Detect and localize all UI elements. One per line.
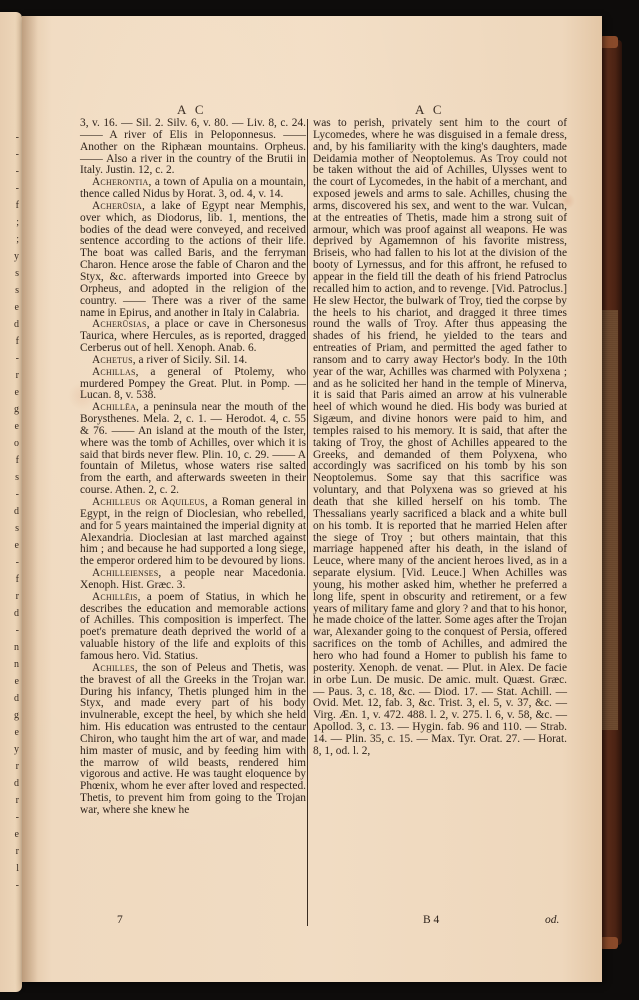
entry-headword: Achillēis: [92, 591, 138, 603]
previous-page-text-fragment: -: [16, 132, 19, 144]
dictionary-entry: Acherūsias, a place or cave in Chersones…: [80, 319, 306, 355]
catchword: od.: [545, 914, 559, 926]
previous-page-text-fragment: r: [16, 795, 19, 807]
previous-page-text-fragment: n: [14, 642, 19, 654]
previous-page-text-fragment: e: [15, 302, 19, 314]
dictionary-entry: Achilleus or Aquileus, a Roman general i…: [80, 497, 306, 568]
entry-headword: Achilles: [92, 662, 135, 674]
previous-page-text-fragment: -: [16, 880, 19, 892]
previous-page-text-fragment: s: [15, 472, 19, 484]
entry-text: was to perish, privately sent him to the…: [313, 117, 567, 757]
previous-page-text-fragment: d: [14, 319, 19, 331]
previous-page-text-fragment: y: [14, 251, 19, 263]
previous-page-text-fragment: e: [15, 540, 19, 552]
previous-page-text-fragment: ;: [16, 217, 19, 229]
cover-corner-bottom: [600, 937, 618, 949]
entry-headword: Achillēa: [92, 401, 136, 413]
entry-headword: Acherūsia: [92, 200, 142, 212]
previous-page-text-fragment: -: [16, 625, 19, 637]
previous-page-text-fragment: -: [16, 183, 19, 195]
cover-cloth: [602, 310, 618, 730]
previous-page-text-fragment: r: [16, 370, 19, 382]
entry-text: , a lake of Egypt near Memphis, over whi…: [80, 200, 306, 319]
previous-page-text-fragment: d: [14, 778, 19, 790]
running-head-right: A C: [415, 102, 445, 118]
left-column: 3, v. 16. — Sil. 2. Silv. 6, v. 80. — Li…: [80, 118, 306, 817]
dictionary-entry: Acherontia, a town of Apulia on a mounta…: [80, 177, 306, 201]
previous-page-text-fragment: d: [14, 506, 19, 518]
previous-page-text-fragment: r: [16, 591, 19, 603]
previous-page-text-fragment: d: [14, 693, 19, 705]
previous-page-text-fragment: l: [16, 863, 19, 875]
entry-text: 3, v. 16. — Sil. 2. Silv. 6, v. 80. — Li…: [80, 117, 306, 176]
previous-page-text-fragment: r: [16, 846, 19, 858]
entry-text: , a river of Sicily. Sil. 14.: [133, 354, 247, 366]
book-cover-spine: [600, 40, 622, 945]
entry-text: , a peninsula near the mouth of the Bory…: [80, 401, 306, 496]
previous-page-text-fragment: f: [16, 336, 19, 348]
entry-headword: Acherūsias: [92, 318, 147, 330]
previous-page-text-fragment: f: [16, 200, 19, 212]
entry-headword: Achilleienses: [92, 567, 158, 579]
entry-continuation: was to perish, privately sent him to the…: [313, 118, 567, 758]
entry-text: , the son of Peleus and Thetis, was the …: [80, 662, 306, 816]
previous-page-text-fragment: -: [16, 166, 19, 178]
previous-page-text-fragment: -: [16, 353, 19, 365]
entry-continuation: 3, v. 16. — Sil. 2. Silv. 6, v. 80. — Li…: [80, 118, 306, 177]
previous-page-text-fragment: f: [16, 574, 19, 586]
previous-page-text-fragment: ;: [16, 234, 19, 246]
previous-page-text-fragment: s: [15, 285, 19, 297]
dictionary-entry: Acherūsia, a lake of Egypt near Memphis,…: [80, 201, 306, 319]
previous-page-text-fragment: -: [16, 489, 19, 501]
previous-page-text-fragment: y: [14, 744, 19, 756]
previous-page-text-fragment: e: [15, 829, 19, 841]
previous-page-text-fragment: e: [15, 727, 19, 739]
entry-headword: Achilleus or Aquileus: [92, 496, 205, 508]
book-photo: ----f;;yssedf-regeofs-dse-frd-nnedgeyrdr…: [0, 0, 639, 1000]
cover-corner-top: [600, 36, 618, 48]
previous-page-text-fragment: -: [16, 812, 19, 824]
previous-page-text-fragment: g: [14, 710, 19, 722]
previous-page-text-fragment: n: [14, 659, 19, 671]
previous-page-text-fragment: -: [16, 149, 19, 161]
dictionary-entry: Achillēa, a peninsula near the mouth of …: [80, 402, 306, 497]
dictionary-entry: Achilleienses, a people near Macedonia. …: [80, 568, 306, 592]
signature-mark: B 4: [423, 914, 439, 926]
previous-page-text-fragment: e: [15, 421, 19, 433]
page-number: 7: [117, 914, 123, 926]
column-rule: [307, 119, 308, 926]
gutter-shadow: [22, 16, 38, 982]
dictionary-entry: Achillēis, a poem of Statius, in which h…: [80, 592, 306, 663]
previous-page-text-fragment: s: [15, 523, 19, 535]
previous-page-text-fragment: s: [15, 268, 19, 280]
previous-page-text-fragment: r: [16, 761, 19, 773]
dictionary-entry: Achilles, the son of Peleus and Thetis, …: [80, 663, 306, 817]
previous-page-text-fragment: d: [14, 608, 19, 620]
right-column: was to perish, privately sent him to the…: [313, 118, 567, 758]
entry-headword: Achillas: [92, 366, 136, 378]
previous-page-text-fragment: e: [15, 676, 19, 688]
previous-page-text-fragment: o: [14, 438, 19, 450]
running-head-left: A C: [177, 102, 207, 118]
previous-page-text-fragment: g: [14, 404, 19, 416]
previous-page-text-fragment: e: [15, 387, 19, 399]
previous-page-edge: ----f;;yssedf-regeofs-dse-frd-nnedgeyrdr…: [0, 12, 22, 992]
book-page: A C A C 3, v. 16. — Sil. 2. Silv. 6, v. …: [22, 16, 602, 982]
previous-page-text-fragment: -: [16, 557, 19, 569]
entry-headword: Acherontia: [92, 176, 148, 188]
dictionary-entry: Achillas, a general of Ptolemy, who murd…: [80, 367, 306, 403]
entry-headword: Achetus: [92, 354, 133, 366]
previous-page-text-fragment: f: [16, 455, 19, 467]
